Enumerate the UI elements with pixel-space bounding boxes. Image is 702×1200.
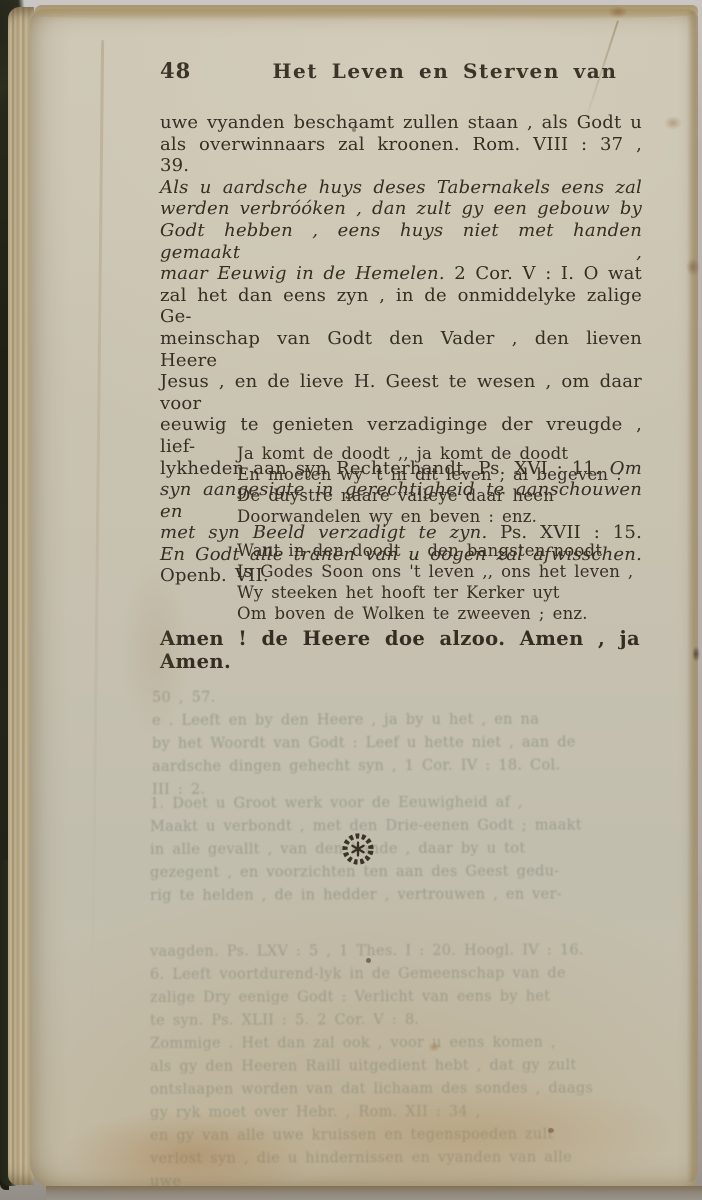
show-through-line: in alle gevallt , van den hande , daar b… xyxy=(150,837,670,862)
show-through-text: 50 , 57.e . Leeft en by den Heere , ja b… xyxy=(152,685,672,802)
verse-line: Want in den doodt ,, den bangsten noodt xyxy=(237,540,597,561)
body-line: als overwinnaars zal kroonen. Rom. VIII … xyxy=(160,134,642,177)
verse-stanza: Ja komt de doodt ,, ja komt de doodtEn m… xyxy=(237,443,597,527)
show-through-line: en gy van alle uwe kruissen en tegenspoe… xyxy=(150,1123,670,1148)
show-through-line: 6. Leeft voortdurend-lyk in de Gemeensch… xyxy=(150,962,670,987)
photo-of-book-page: 50 , 57.e . Leeft en by den Heere , ja b… xyxy=(0,0,702,1200)
body-text-italic: Als u aardsche huys deses Tabernakels ee… xyxy=(160,177,642,198)
show-through-line: e . Leeft en by den Heere , ja by u het … xyxy=(152,708,672,733)
show-through-line: als gy den Heeren Raill uitgedient hebt … xyxy=(150,1054,670,1079)
show-through-line: vaagden. Ps. LXV : 5 , 1 Thes. I : 20. H… xyxy=(150,939,670,964)
page-header: 48 Het Leven en Sterven van xyxy=(160,58,642,84)
show-through-line: Zommige . Het dan zal ook , voor u eens … xyxy=(150,1031,670,1056)
body-text: meinschap van Godt den Vader , den lieve… xyxy=(160,328,642,371)
body-text-italic: maar Eeuwig in de Hemelen. xyxy=(160,263,454,284)
body-line: meinschap van Godt den Vader , den lieve… xyxy=(160,328,642,371)
verse-line: Wy steeken het hooft ter Kerker uyt xyxy=(237,582,597,603)
show-through-line: ontslaapen worden van dat lichaam des so… xyxy=(150,1077,670,1102)
body-text-italic: werden verbróóken , dan zult gy een gebo… xyxy=(160,198,642,219)
body-text: zal het dan eens zyn , in de onmiddelyke… xyxy=(160,285,642,328)
body-text: Jesus , en de lieve H. Geest te wesen , … xyxy=(160,371,642,414)
body-line: Godt hebben , eens huys niet met handen … xyxy=(160,220,642,263)
show-through-line: gy ryk moet over Hebr. , Rom. XII : 34 , xyxy=(150,1100,670,1125)
closing-line: Amen ! de Heere doe alzoo. Amen , ja Ame… xyxy=(160,627,640,673)
show-through-line: 50 , 57. xyxy=(152,685,672,710)
show-through-line: gezegent , en voorzichten ten aan des Ge… xyxy=(150,860,670,885)
show-through-line: by het Woordt van Godt : Leef u hette ni… xyxy=(152,731,672,756)
verse-line: En moeten wy 't in dit leven , al begeve… xyxy=(237,464,597,485)
body-line: Als u aardsche huys deses Tabernakels ee… xyxy=(160,177,642,199)
verse-line: Doorwandelen wy en beven : enz. xyxy=(237,506,597,527)
show-through-line: aardsche dingen gehecht syn , 1 Cor. IV … xyxy=(152,754,672,779)
verse-line: Is Godes Soon ons 't leven ,, ons het le… xyxy=(237,561,597,582)
body-line: werden verbróóken , dan zult gy een gebo… xyxy=(160,198,642,220)
page-bottom-shadow xyxy=(46,1186,702,1200)
verse-line: Ja komt de doodt ,, ja komt de doodt xyxy=(237,443,597,464)
show-through-line: te syn. Ps. XLII : 5. 2 Cor. V : 8. xyxy=(150,1008,670,1033)
show-through-line: rig te helden , de in hedder , vertrouwe… xyxy=(150,883,670,908)
verse-stanza: Want in den doodt ,, den bangsten noodtI… xyxy=(237,540,597,624)
show-through-line: Maakt u verbondt , met den Drie-eenen Go… xyxy=(150,814,670,839)
body-line: maar Eeuwig in de Hemelen. 2 Cor. V : I.… xyxy=(160,263,642,285)
wreath-star-ornament xyxy=(337,828,379,870)
show-through-line: 1. Doet u Groot werk voor de Eeuwigheid … xyxy=(150,791,670,816)
verse-line: Om boven de Wolken te zweeven ; enz. xyxy=(237,603,597,624)
verse-stanzas: Ja komt de doodt ,, ja komt de doodtEn m… xyxy=(237,443,597,637)
show-through-text: 1. Doet u Groot werk voor de Eeuwigheid … xyxy=(150,791,670,908)
page-number: 48 xyxy=(160,58,248,83)
show-through-text: vaagden. Ps. LXV : 5 , 1 Thes. I : 20. H… xyxy=(150,939,670,1194)
page-right-edge xyxy=(687,10,698,1182)
body-line: zal het dan eens zyn , in de onmiddelyke… xyxy=(160,285,642,328)
running-title: Het Leven en Sterven van xyxy=(248,59,642,83)
show-through-line: zalige Dry eenige Godt : Verlicht van ee… xyxy=(150,985,670,1010)
body-text: 2 Cor. V : I. O wat xyxy=(454,263,642,284)
show-through-line: verlost syn , die u hindernissen en vyan… xyxy=(150,1146,670,1171)
body-text: als overwinnaars zal kroonen. Rom. VIII … xyxy=(160,134,642,177)
body-line: uwe vyanden beschaamt zullen staan , als… xyxy=(160,112,642,134)
body-text-italic: Godt hebben , eens huys niet met handen … xyxy=(160,220,642,263)
body-line: Jesus , en de lieve H. Geest te wesen , … xyxy=(160,371,642,414)
body-text: uwe vyanden beschaamt zullen staan , als… xyxy=(160,112,642,133)
verse-line: De duystre naare valleye daar heen xyxy=(237,485,597,506)
wreath-star-icon xyxy=(337,828,379,870)
